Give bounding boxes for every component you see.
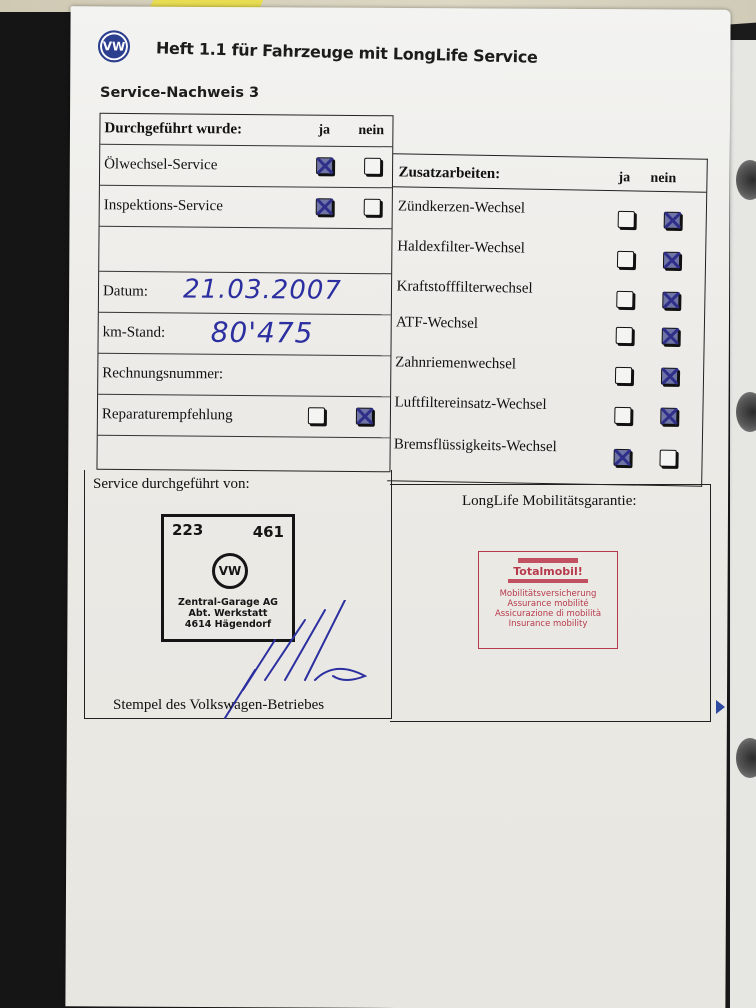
stamp-brand: Totalmobil! <box>479 565 617 578</box>
fuel-filter-nein-checkbox[interactable] <box>662 292 679 309</box>
fuel-filter-ja-checkbox[interactable] <box>616 291 633 308</box>
atf-ja-checkbox[interactable] <box>616 327 633 344</box>
extra-row-spark-plugs: Zündkerzen-Wechsel <box>392 192 707 237</box>
date-field[interactable]: 21.03.2007 <box>183 274 342 305</box>
timing-belt-nein-checkbox[interactable] <box>661 368 678 385</box>
extra-work-heading: Zusatzarbeiten: <box>398 164 500 183</box>
inspection-ja-checkbox[interactable] <box>316 198 333 215</box>
column-no-label: nein <box>358 123 384 139</box>
row-label: Ölwechsel-Service <box>104 156 217 174</box>
stamp-line: Insurance mobility <box>479 619 617 629</box>
stamp-line: Assurance mobilité <box>479 599 617 609</box>
date-label: Datum: <box>103 283 148 300</box>
row-label: Bremsflüssigkeits-Wechsel <box>394 436 557 456</box>
mobility-section: LongLife Mobilitätsgarantie: Totalmobil!… <box>390 484 711 722</box>
row-label: ATF-Wechsel <box>396 314 478 332</box>
spark-plugs-ja-checkbox[interactable] <box>618 211 635 228</box>
inspection-nein-checkbox[interactable] <box>364 199 381 216</box>
extra-row-brake-fluid: Bremsflüssigkeits-Wechsel <box>387 430 702 475</box>
km-row: km-Stand: 80'475 <box>98 313 390 357</box>
stamp-footer-label: Stempel des Volkswagen-Betriebes <box>113 697 324 714</box>
air-filter-nein-checkbox[interactable] <box>660 408 677 425</box>
repair-label: Reparaturempfehlung <box>102 406 233 424</box>
extra-row-timing-belt: Zahnriemenwechsel <box>389 348 704 393</box>
haldex-ja-checkbox[interactable] <box>617 251 634 268</box>
extra-row-atf: ATF-Wechsel <box>389 308 704 353</box>
timing-belt-ja-checkbox[interactable] <box>615 367 632 384</box>
extra-work-table: Zusatzarbeiten: ja nein Zündkerzen-Wechs… <box>387 153 708 486</box>
next-page-arrow-icon <box>716 700 725 714</box>
stamp-lines: Mobilitätsversicherung Assurance mobilit… <box>479 589 617 629</box>
km-field[interactable]: 80'475 <box>211 316 314 350</box>
row-label: Inspektions-Service <box>104 197 223 215</box>
row-label: Luftfiltereinsatz-Wechsel <box>394 394 546 414</box>
stamp-number-right: 461 <box>253 523 284 541</box>
column-yes-label: ja <box>618 170 630 186</box>
mobility-label: LongLife Mobilitätsgarantie: <box>462 493 637 510</box>
km-label: km-Stand: <box>103 324 166 342</box>
invoice-field[interactable] <box>248 363 378 386</box>
stamp-line: Mobilitätsversicherung <box>479 589 617 599</box>
performed-heading: Durchgeführt wurde: <box>104 120 242 138</box>
vw-logo-icon: VW <box>98 30 131 63</box>
extra-row-haldex: Haldexfilter-Wechsel <box>391 232 706 277</box>
repair-nein-checkbox[interactable] <box>356 408 373 425</box>
invoice-label: Rechnungsnummer: <box>102 365 223 383</box>
column-no-label: nein <box>650 171 676 187</box>
invoice-row: Rechnungsnummer: <box>98 354 390 398</box>
date-row: Datum: 21.03.2007 <box>99 272 391 316</box>
service-by-label: Service durchgeführt von: <box>93 476 250 493</box>
extra-row-air-filter: Luftfiltereinsatz-Wechsel <box>388 388 703 433</box>
oil-ja-checkbox[interactable] <box>316 157 333 174</box>
row-label: Haldexfilter-Wechsel <box>397 238 525 257</box>
air-filter-ja-checkbox[interactable] <box>614 407 631 424</box>
page-subtitle: Service-Nachweis 3 <box>100 85 259 101</box>
stamp-bar <box>518 558 578 563</box>
stamp-bar <box>508 579 588 583</box>
performed-table: Durchgeführt wurde: ja nein Ölwechsel-Se… <box>96 113 393 473</box>
performed-row-inspection: Inspektions-Service <box>100 186 392 230</box>
performed-row-oil: Ölwechsel-Service <box>100 145 392 189</box>
page-title: Heft 1.1 für Fahrzeuge mit LongLife Serv… <box>156 38 538 66</box>
mobility-stamp: Totalmobil! Mobilitätsversicherung Assur… <box>478 551 618 649</box>
repair-row: Reparaturempfehlung <box>98 395 390 439</box>
repair-ja-checkbox[interactable] <box>308 407 325 424</box>
stamp-line: Assicurazione di mobilità <box>479 609 617 619</box>
performed-row-empty <box>99 227 391 275</box>
vw-logo-icon: VW <box>212 553 248 589</box>
column-yes-label: ja <box>318 123 330 139</box>
row-label: Zahnriemenwechsel <box>395 354 516 373</box>
brake-fluid-ja-checkbox[interactable] <box>613 449 630 466</box>
stamp-number-left: 223 <box>172 521 203 539</box>
performed-header-row: Durchgeführt wurde: ja nein <box>100 114 392 148</box>
haldex-nein-checkbox[interactable] <box>663 252 680 269</box>
extra-work-header-row: Zusatzarbeiten: ja nein <box>392 154 707 192</box>
atf-nein-checkbox[interactable] <box>662 328 679 345</box>
row-label: Kraftstofffilterwechsel <box>396 278 532 297</box>
brake-fluid-nein-checkbox[interactable] <box>659 450 676 467</box>
row-label: Zündkerzen-Wechsel <box>398 198 525 217</box>
service-by-section: Service durchgeführt von: 223 461 VW Zen… <box>84 470 392 719</box>
service-form: Durchgeführt wurde: ja nein Ölwechsel-Se… <box>84 114 714 714</box>
oil-nein-checkbox[interactable] <box>364 158 381 175</box>
spark-plugs-nein-checkbox[interactable] <box>664 212 681 229</box>
